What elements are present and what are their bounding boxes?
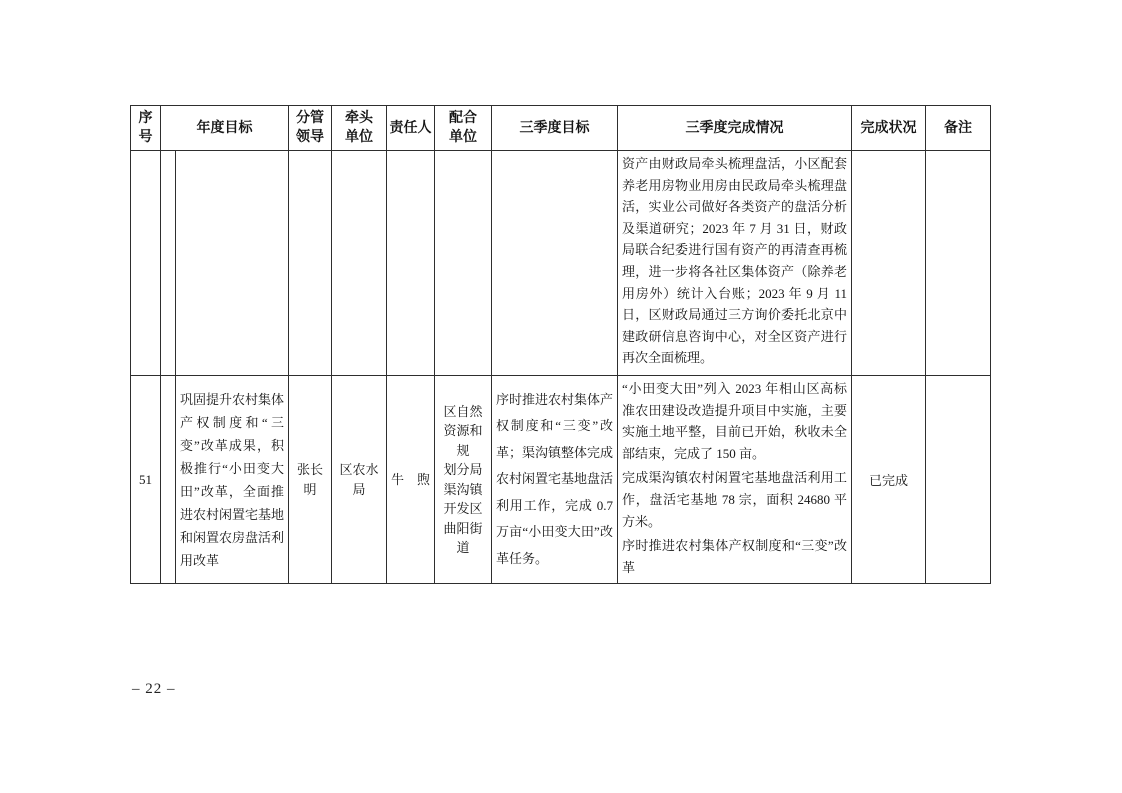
header-annual-goal: 年度目标 — [161, 106, 289, 151]
completion-paragraph: 序时推进农村集体产权制度和“三变”改革 — [622, 535, 847, 578]
header-remark: 备注 — [926, 106, 991, 151]
lead-unit-cell: 区农水局 — [332, 376, 387, 584]
lead-unit-cell — [332, 151, 387, 376]
completion-paragraph: “小田变大田”列入 2023 年相山区高标准农田建设改造提升项目中实施，主要实施… — [622, 378, 847, 464]
q3-completion-cell: “小田变大田”列入 2023 年相山区高标准农田建设改造提升项目中实施，主要实施… — [618, 376, 852, 584]
seq-cell: 51 — [131, 376, 161, 584]
header-lead-unit: 牵头 单位 — [332, 106, 387, 151]
status-cell — [852, 151, 926, 376]
annual-goal-cell — [176, 151, 289, 376]
table-header-row: 序 号 年度目标 分管 领导 牵头 单位 责任人 配合 单位 三季度目标 三季度… — [131, 106, 991, 151]
page-number: – 22 – — [132, 681, 176, 698]
remark-cell — [926, 151, 991, 376]
leader-cell — [289, 151, 332, 376]
remark-cell — [926, 376, 991, 584]
q3-completion-cell: 资产由财政局牵头梳理盘活，小区配套养老用房物业用房由民政局牵头梳理盘活，实业公司… — [618, 151, 852, 376]
quarterly-progress-table: 序 号 年度目标 分管 领导 牵头 单位 责任人 配合 单位 三季度目标 三季度… — [130, 105, 991, 584]
completion-paragraph: 完成渠沟镇农村闲置宅基地盘活利用工作，盘活宅基地 78 宗，面积 24680 平… — [622, 467, 847, 532]
responsible-cell: 牛 煦 — [387, 376, 435, 584]
table-row-51: 51 巩固提升农村集体产权制度和“三变”改革成果，积极推行“小田变大田”改革，全… — [131, 376, 991, 584]
responsible-cell — [387, 151, 435, 376]
header-q3-goal: 三季度目标 — [492, 106, 618, 151]
table-row-continuation: 资产由财政局牵头梳理盘活，小区配套养老用房物业用房由民政局牵头梳理盘活，实业公司… — [131, 151, 991, 376]
header-responsible: 责任人 — [387, 106, 435, 151]
header-seq: 序 号 — [131, 106, 161, 151]
support-unit-cell — [435, 151, 492, 376]
header-status: 完成状况 — [852, 106, 926, 151]
q3-goal-cell — [492, 151, 618, 376]
header-support-unit: 配合 单位 — [435, 106, 492, 151]
document-page: 序 号 年度目标 分管 领导 牵头 单位 责任人 配合 单位 三季度目标 三季度… — [0, 0, 1122, 793]
q3-goal-cell: 序时推进农村集体产权制度和“三变”改革；渠沟镇整体完成农村闲置宅基地盘活利用工作… — [492, 376, 618, 584]
seq-cell — [131, 151, 161, 376]
spacer-cell — [161, 376, 176, 584]
status-cell: 已完成 — [852, 376, 926, 584]
spacer-cell — [161, 151, 176, 376]
header-leader: 分管 领导 — [289, 106, 332, 151]
support-unit-cell: 区自然 资源和规 划分局 渠沟镇 开发区 曲阳街道 — [435, 376, 492, 584]
annual-goal-cell: 巩固提升农村集体产权制度和“三变”改革成果，积极推行“小田变大田”改革，全面推进… — [176, 376, 289, 584]
header-q3-completion: 三季度完成情况 — [618, 106, 852, 151]
leader-cell: 张长明 — [289, 376, 332, 584]
